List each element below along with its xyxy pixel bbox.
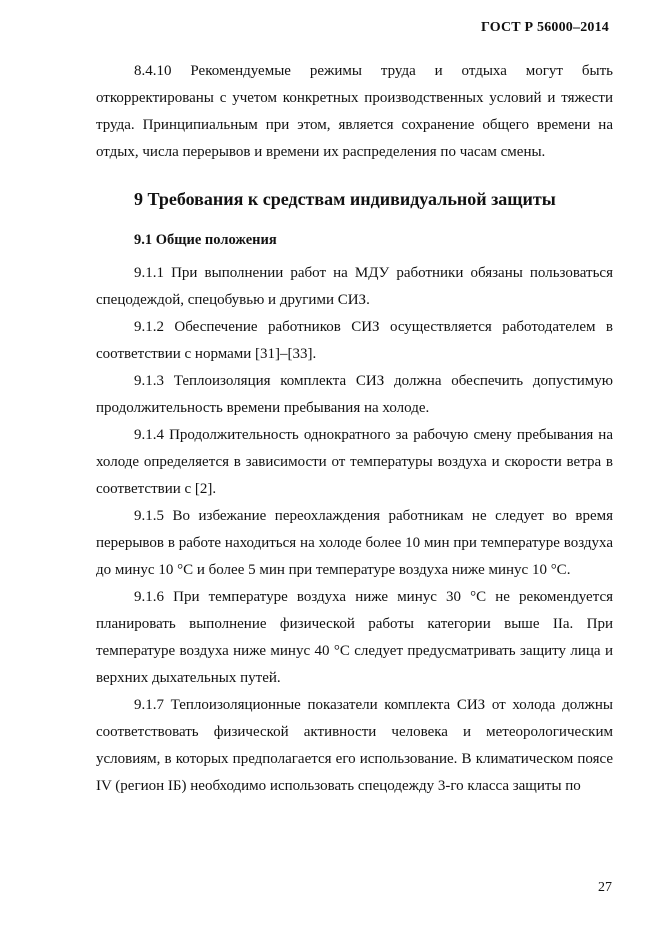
paragraph-9-1-2: 9.1.2 Обеспечение работников СИЗ осущест…: [96, 314, 613, 368]
document-code-header: ГОСТ Р 56000–2014: [481, 20, 609, 36]
paragraph-9-1-5: 9.1.5 Во избежание переохлаждения работн…: [96, 503, 613, 584]
subsection-title: 9.1 Общие положения: [96, 227, 613, 254]
paragraph-9-1-7: 9.1.7 Теплоизоляционные показатели компл…: [96, 692, 613, 800]
section-title: 9 Требования к средствам индивидуальной …: [96, 186, 613, 213]
paragraph-9-1-3: 9.1.3 Теплоизоляция комплекта СИЗ должна…: [96, 368, 613, 422]
page-number: 27: [598, 880, 612, 896]
paragraph-9-1-6: 9.1.6 При температуре воздуха ниже минус…: [96, 584, 613, 692]
paragraph-8-4-10: 8.4.10 Рекомендуемые режимы труда и отды…: [96, 58, 613, 166]
page-content: 8.4.10 Рекомендуемые режимы труда и отды…: [96, 58, 613, 800]
paragraph-9-1-1: 9.1.1 При выполнении работ на МДУ работн…: [96, 260, 613, 314]
paragraph-9-1-4: 9.1.4 Продолжительность однократного за …: [96, 422, 613, 503]
